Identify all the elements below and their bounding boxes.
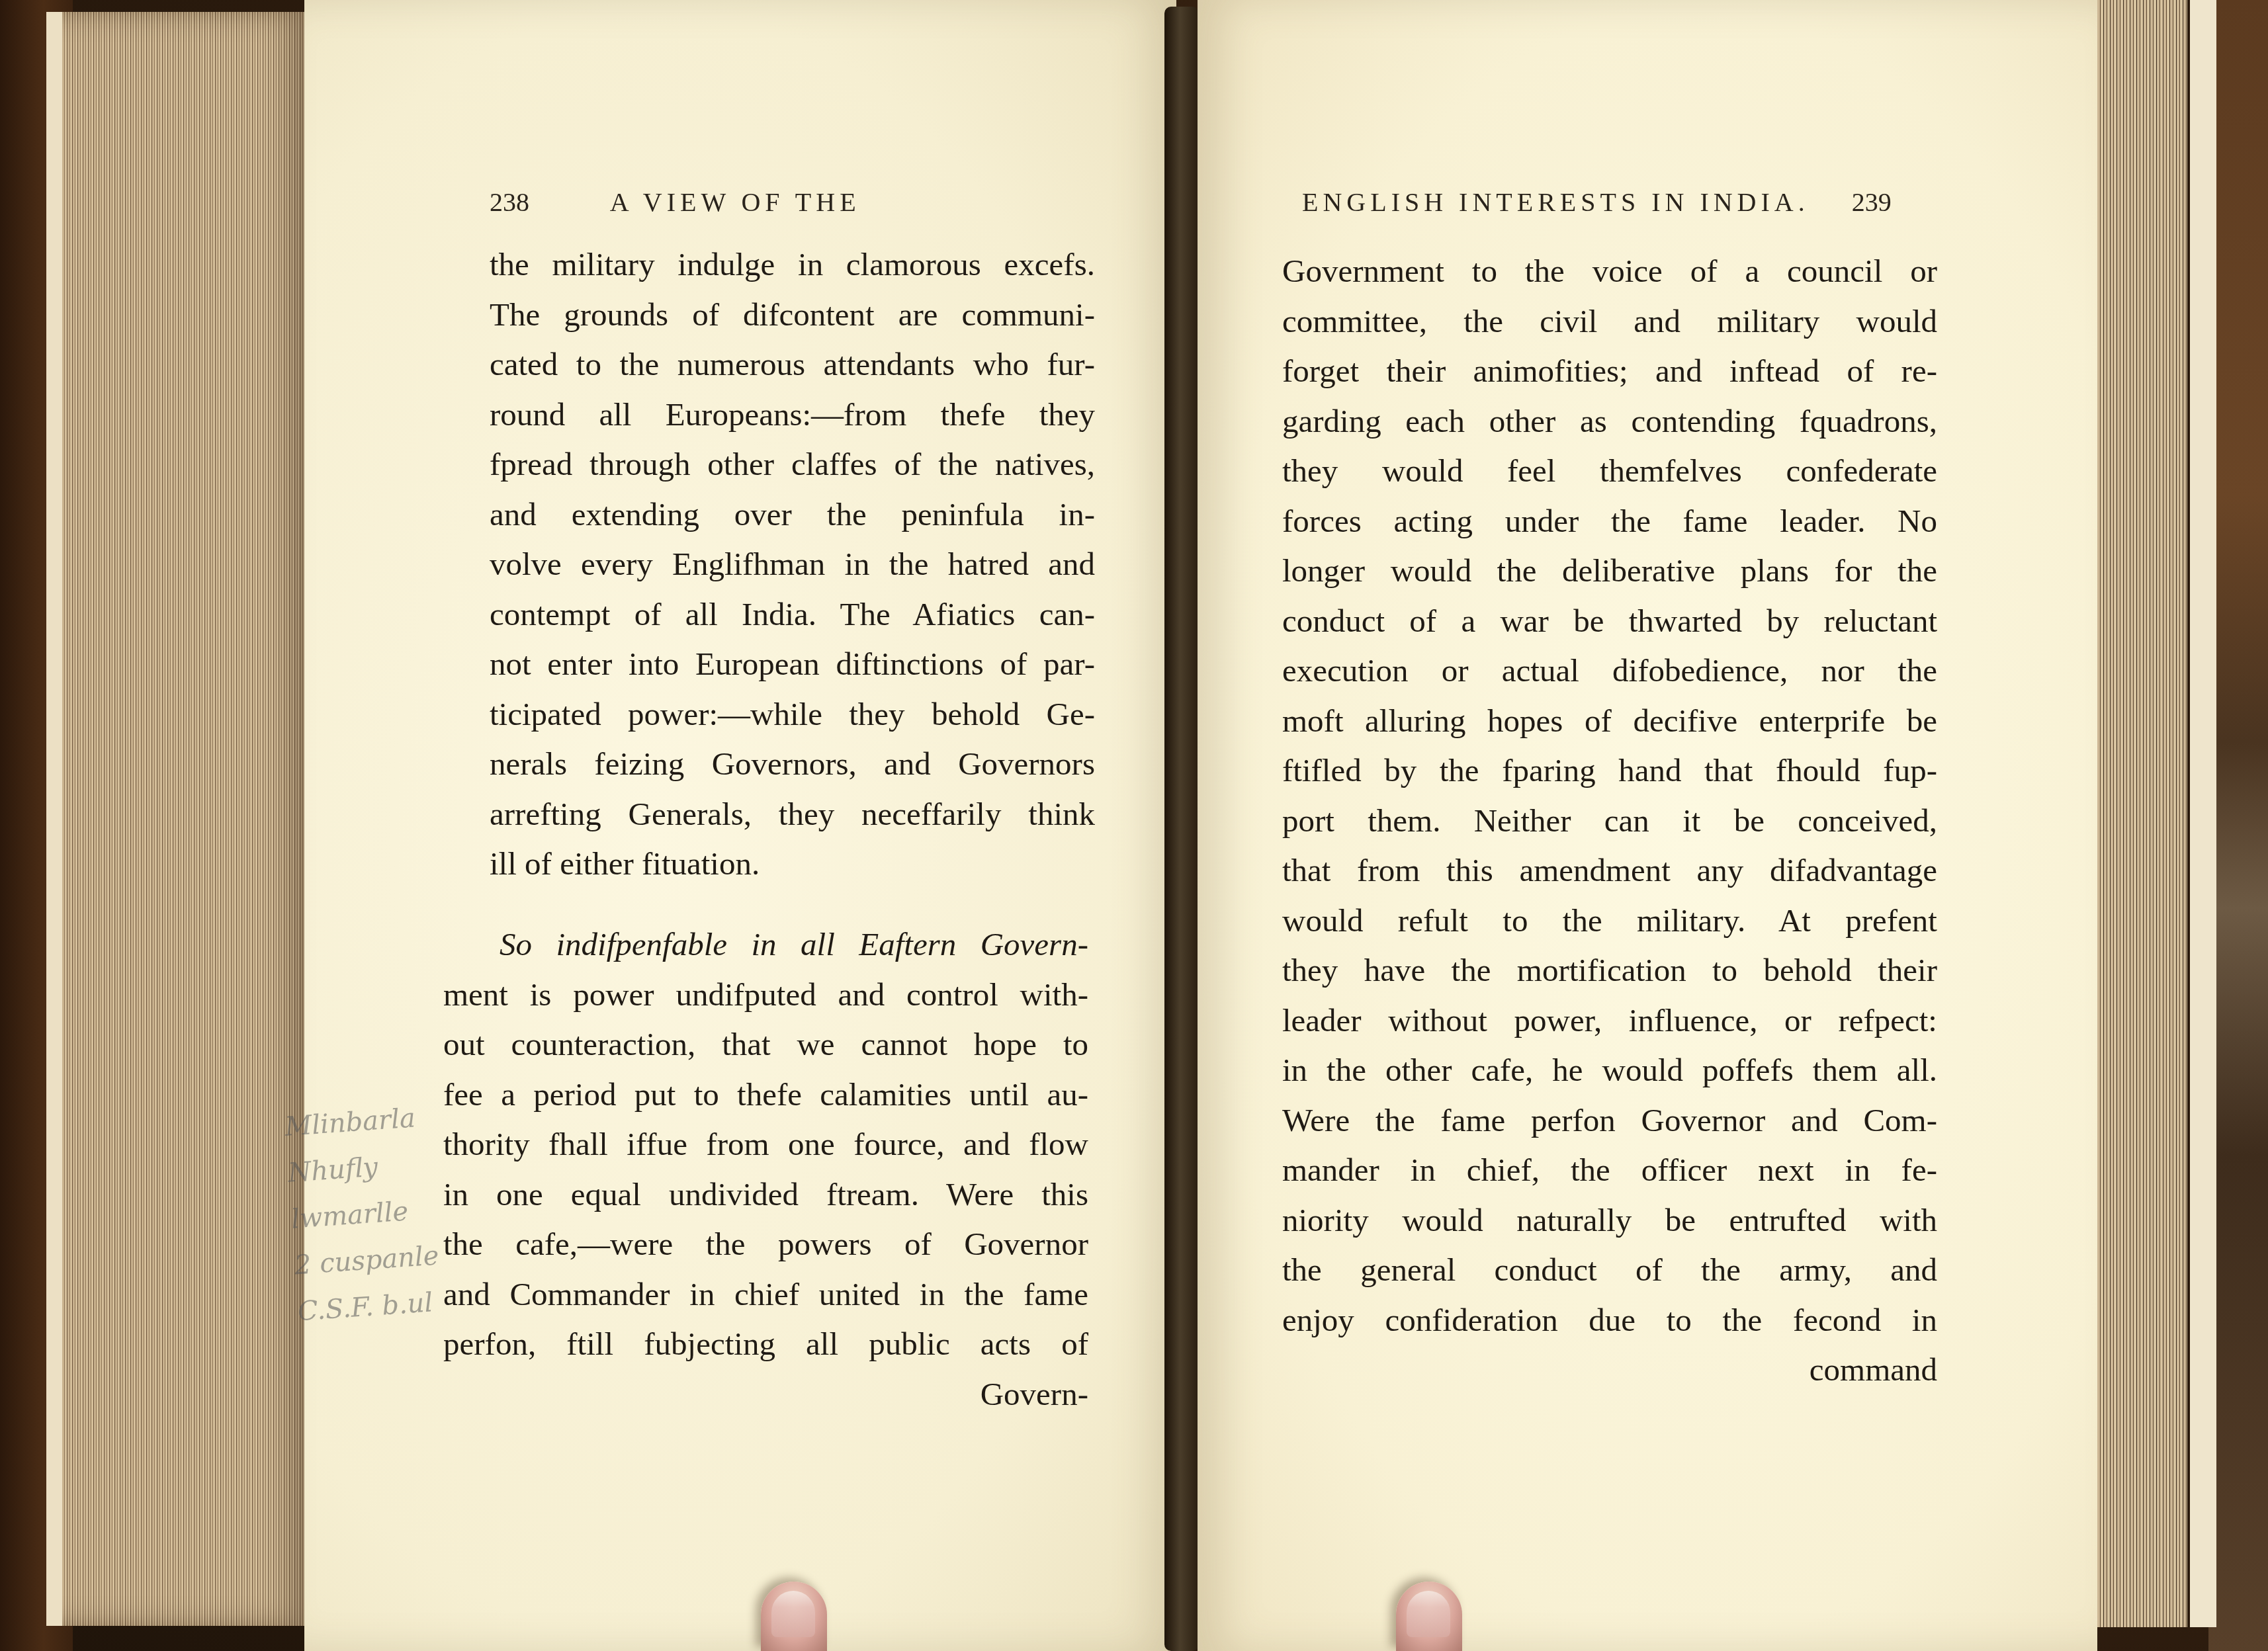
text-line: out counteraction, that we cannot hope t…	[443, 1019, 1088, 1070]
text-line: niority would naturally be entrufted wit…	[1282, 1195, 1937, 1246]
book-cover-right	[2208, 0, 2268, 1651]
text-line: they have the mortification to behold th…	[1282, 945, 1937, 995]
right-paragraph: Government to the voice of a council or …	[1282, 246, 1937, 1395]
text-line: fee a period put to thefe calamities unt…	[443, 1070, 1088, 1120]
text-line: and extending over the peninfula in-	[490, 489, 1095, 540]
text-line: leader without power, influence, or refp…	[1282, 995, 1937, 1046]
text-line: cated to the numerous attendants who fur…	[490, 339, 1095, 390]
left-folio: 238	[490, 187, 529, 217]
left-running-head: 238 A VIEW OF THE	[490, 187, 861, 218]
text-line: arrefting Generals, they neceffarily thi…	[490, 789, 1095, 839]
text-line: the cafe,—were the powers of Governor	[443, 1219, 1088, 1269]
handwritten-marginalia: Mlinbarla Nhufly lwmarlle 2 cuspanle C.S…	[283, 1093, 464, 1335]
text-line: Government to the voice of a council or	[1282, 246, 1937, 296]
right-thumb	[1396, 1582, 1462, 1651]
text-line: conduct of a war be thwarted by reluctan…	[1282, 596, 1937, 646]
text-line: forces acting under the fame leader. No	[1282, 496, 1937, 546]
text-line: forget their animofities; and inftead of…	[1282, 346, 1937, 396]
catchword: Govern-	[443, 1369, 1088, 1419]
page-edges-left	[46, 12, 311, 1626]
text-line: ill of either fituation.	[490, 839, 1095, 889]
text-line: round all Europeans:—from thefe they	[490, 390, 1095, 440]
text-line: Were the fame perfon Governor and Com-	[1282, 1095, 1937, 1146]
text-line: they would feel themfelves confederate	[1282, 446, 1937, 496]
right-running-head: ENGLISH INTERESTS IN INDIA. 239	[1302, 187, 1892, 218]
text-line: garding each other as contending fquadro…	[1282, 396, 1937, 446]
text-line: the general conduct of the army, and	[1282, 1245, 1937, 1295]
left-thumb	[761, 1582, 827, 1651]
text-line: The grounds of difcontent are communi-	[490, 290, 1095, 340]
catchword: command	[1282, 1345, 1937, 1395]
text-line: So indifpenfable in all Eaftern Govern-	[443, 919, 1088, 970]
text-line: nerals feizing Governors, and Governors	[490, 739, 1095, 789]
text-line: committee, the civil and military would	[1282, 296, 1937, 347]
text-line: volve every Englifhman in the hatred and	[490, 539, 1095, 589]
book-gutter	[1164, 7, 1199, 1651]
right-running-head-title: ENGLISH INTERESTS IN INDIA.	[1302, 187, 1810, 217]
left-running-head-title: A VIEW OF THE	[610, 187, 861, 217]
text-line: in the other cafe, he would poffefs them…	[1282, 1045, 1937, 1095]
left-paragraph-2: So indifpenfable in all Eaftern Govern- …	[443, 919, 1088, 1419]
text-line: the military indulge in clamorous excefs…	[490, 239, 1095, 290]
text-line: fpread through other claffes of the nati…	[490, 439, 1095, 489]
text-line: execution or actual difobedience, nor th…	[1282, 646, 1937, 696]
text-line: contempt of all India. The Afiatics can-	[490, 589, 1095, 640]
right-folio: 239	[1852, 187, 1892, 217]
text-line: ment is power undifputed and control wit…	[443, 970, 1088, 1020]
text-line: not enter into European diftinctions of …	[490, 639, 1095, 689]
text-line: and Commander in chief united in the fam…	[443, 1269, 1088, 1320]
text-line: would refult to the military. At prefent	[1282, 896, 1937, 946]
page-edges-right	[2091, 0, 2216, 1627]
text-line: moft alluring hopes of decifive enterpri…	[1282, 696, 1937, 746]
text-line: mander in chief, the officer next in fe-	[1282, 1145, 1937, 1195]
left-paragraph-1: the military indulge in clamorous excefs…	[490, 239, 1095, 889]
text-line: that from this amendment any difadvantag…	[1282, 845, 1937, 896]
text-line: perfon, ftill fubjecting all public acts…	[443, 1319, 1088, 1369]
text-line: ftifled by the fparing hand that fhould …	[1282, 745, 1937, 796]
text-line: in one equal undivided ftream. Were this	[443, 1169, 1088, 1220]
text-line: longer would the deliberative plans for …	[1282, 546, 1937, 596]
text-line: thority fhall iffue from one fource, and…	[443, 1119, 1088, 1169]
text-line: ticipated power:—while they behold Ge-	[490, 689, 1095, 740]
text-line: enjoy confideration due to the fecond in	[1282, 1295, 1937, 1345]
text-line: port them. Neither can it be conceived,	[1282, 796, 1937, 846]
